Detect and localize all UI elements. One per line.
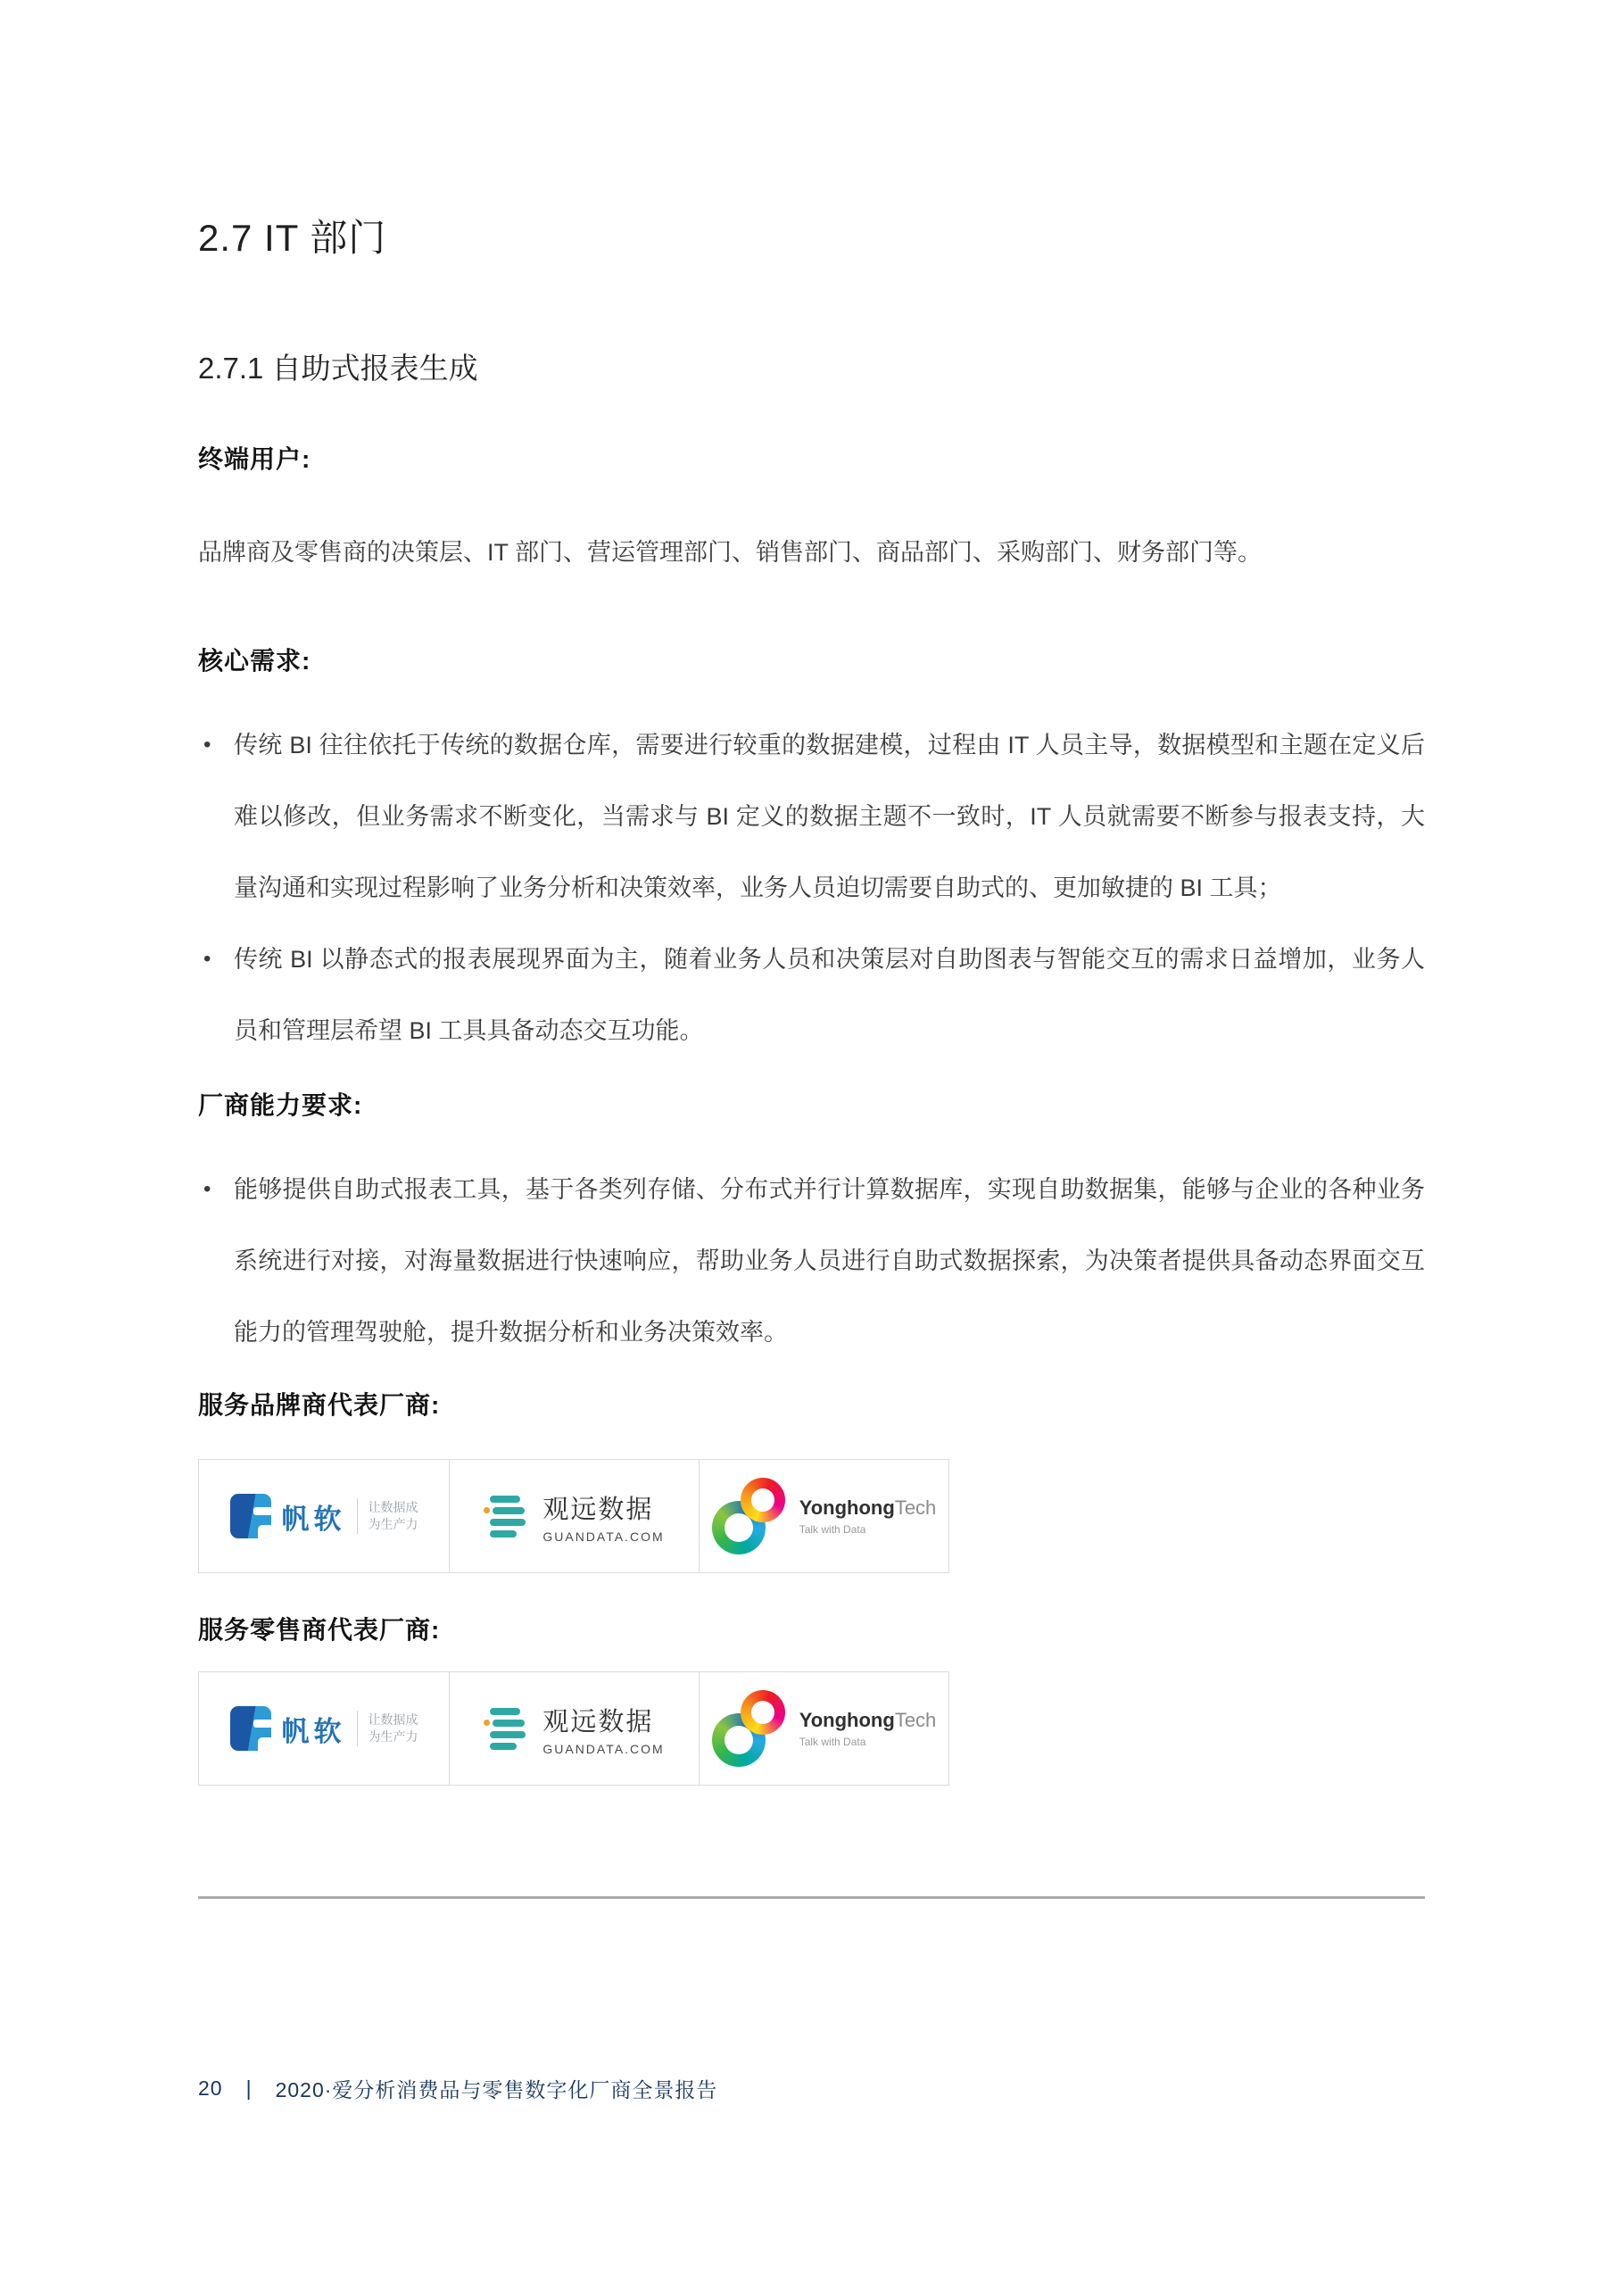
list-item: • 传统 BI 往往依托于传统的数据仓库，需要进行较重的数据建模，过程由 IT … <box>198 709 1425 924</box>
bullet-icon: • <box>198 1154 234 1225</box>
fanruan-logo: 帆软 让数据成 为生产力 <box>230 1494 418 1538</box>
list-item-text: 能够提供自助式报表工具，基于各类列存储、分布式并行计算数据库，实现自助数据集，能… <box>234 1154 1425 1368</box>
bullet-icon: • <box>198 924 234 995</box>
logo-cell-yonghong: YonghongTech Talk with Data <box>699 1460 948 1572</box>
logo-cell-fanruan: 帆软 让数据成 为生产力 <box>199 1460 449 1572</box>
footer-page-number: 20 <box>198 2076 223 2101</box>
logo-divider <box>357 1498 358 1534</box>
yonghong-logo-text: YonghongTech <box>799 1497 937 1519</box>
yonghong-logo-text: YonghongTech <box>799 1710 937 1731</box>
logo-divider <box>357 1711 358 1746</box>
list-item-text: 传统 BI 以静态式的报表展现界面为主，随着业务人员和决策层对自助图表与智能交互… <box>234 924 1425 1066</box>
guandata-logo-icon <box>484 1708 530 1750</box>
yonghong-logo-icon <box>712 1690 791 1767</box>
yonghong-warm-ring-icon <box>741 1478 785 1522</box>
page-footer: 20 | 2020·爱分析消费品与零售数字化厂商全景报告 <box>198 2074 1425 2103</box>
fanruan-tagline: 让数据成 为生产力 <box>368 1499 418 1533</box>
logo-cell-guandata: 观远数据 GUANDATA.COM <box>449 1672 699 1785</box>
end-users-heading: 终端用户: <box>198 447 1425 472</box>
logo-cell-guandata: 观远数据 GUANDATA.COM <box>449 1460 699 1572</box>
guandata-dot-icon <box>484 1720 490 1726</box>
logo-cell-fanruan: 帆软 让数据成 为生产力 <box>199 1672 449 1785</box>
subsection-title: 2.7.1 自助式报表生成 <box>198 353 1425 383</box>
fanruan-tagline-line1: 让数据成 <box>368 1499 418 1516</box>
yonghong-logo: YonghongTech Talk with Data <box>712 1478 937 1554</box>
bullet-icon: • <box>198 709 234 781</box>
end-users-text: 品牌商及零售商的决策层、IT 部门、营运管理部门、销售部门、商品部门、采购部门、… <box>198 535 1425 570</box>
report-page: 2.7 IT 部门 2.7.1 自助式报表生成 终端用户: 品牌商及零售商的决策… <box>0 220 1623 2103</box>
yonghong-tagline: Talk with Data <box>799 1523 937 1536</box>
fanruan-tagline-line2: 为生产力 <box>368 1516 418 1533</box>
yonghong-tagline: Talk with Data <box>799 1736 937 1748</box>
yonghong-warm-ring-icon <box>741 1690 785 1735</box>
fanruan-logo: 帆软 让数据成 为生产力 <box>230 1706 418 1751</box>
footer-report-title: 2020·爱分析消费品与零售数字化厂商全景报告 <box>276 2074 718 2103</box>
yonghong-logo: YonghongTech Talk with Data <box>712 1690 937 1767</box>
list-item: • 传统 BI 以静态式的报表展现界面为主，随着业务人员和决策层对自助图表与智能… <box>198 924 1425 1066</box>
logo-cell-yonghong: YonghongTech Talk with Data <box>699 1672 948 1785</box>
section-title: 2.7 IT 部门 <box>198 220 1425 257</box>
brand-vendors-logo-table: 帆软 让数据成 为生产力 观远数据 GUANDATA.COM <box>198 1459 949 1573</box>
fanruan-logo-text: 帆软 <box>282 1496 346 1537</box>
yonghong-logo-icon <box>712 1478 791 1554</box>
guandata-logo: 观远数据 GUANDATA.COM <box>484 1489 664 1544</box>
guandata-domain: GUANDATA.COM <box>542 1742 664 1756</box>
guandata-logo-icon <box>484 1496 530 1538</box>
guandata-logo: 观远数据 GUANDATA.COM <box>484 1702 664 1756</box>
guandata-domain: GUANDATA.COM <box>542 1529 664 1544</box>
footer-divider-line <box>198 1896 1425 1899</box>
guandata-logo-text: 观远数据 <box>542 1702 664 1738</box>
retail-vendors-logo-table: 帆软 让数据成 为生产力 观远数据 GUANDATA.COM <box>198 1671 949 1786</box>
fanruan-logo-text: 帆软 <box>282 1709 346 1749</box>
fanruan-logo-icon <box>230 1494 271 1538</box>
fanruan-tagline-line1: 让数据成 <box>368 1712 418 1728</box>
core-needs-list: • 传统 BI 往往依托于传统的数据仓库，需要进行较重的数据建模，过程由 IT … <box>198 709 1425 1066</box>
core-needs-heading: 核心需求: <box>198 649 1425 674</box>
brand-vendors-heading: 服务品牌商代表厂商: <box>198 1393 1425 1418</box>
fanruan-logo-icon <box>230 1706 271 1751</box>
list-item: • 能够提供自助式报表工具，基于各类列存储、分布式并行计算数据库，实现自助数据集… <box>198 1154 1425 1368</box>
guandata-logo-text: 观远数据 <box>542 1489 664 1526</box>
retail-vendors-heading: 服务零售商代表厂商: <box>198 1618 1425 1643</box>
vendor-capability-list: • 能够提供自助式报表工具，基于各类列存储、分布式并行计算数据库，实现自助数据集… <box>198 1154 1425 1368</box>
list-item-text: 传统 BI 往往依托于传统的数据仓库，需要进行较重的数据建模，过程由 IT 人员… <box>234 709 1425 924</box>
guandata-dot-icon <box>484 1507 490 1513</box>
vendor-capability-heading: 厂商能力要求: <box>198 1093 1425 1118</box>
fanruan-tagline: 让数据成 为生产力 <box>368 1712 418 1745</box>
footer-separator: | <box>246 2076 253 2101</box>
fanruan-tagline-line2: 为生产力 <box>368 1728 418 1745</box>
